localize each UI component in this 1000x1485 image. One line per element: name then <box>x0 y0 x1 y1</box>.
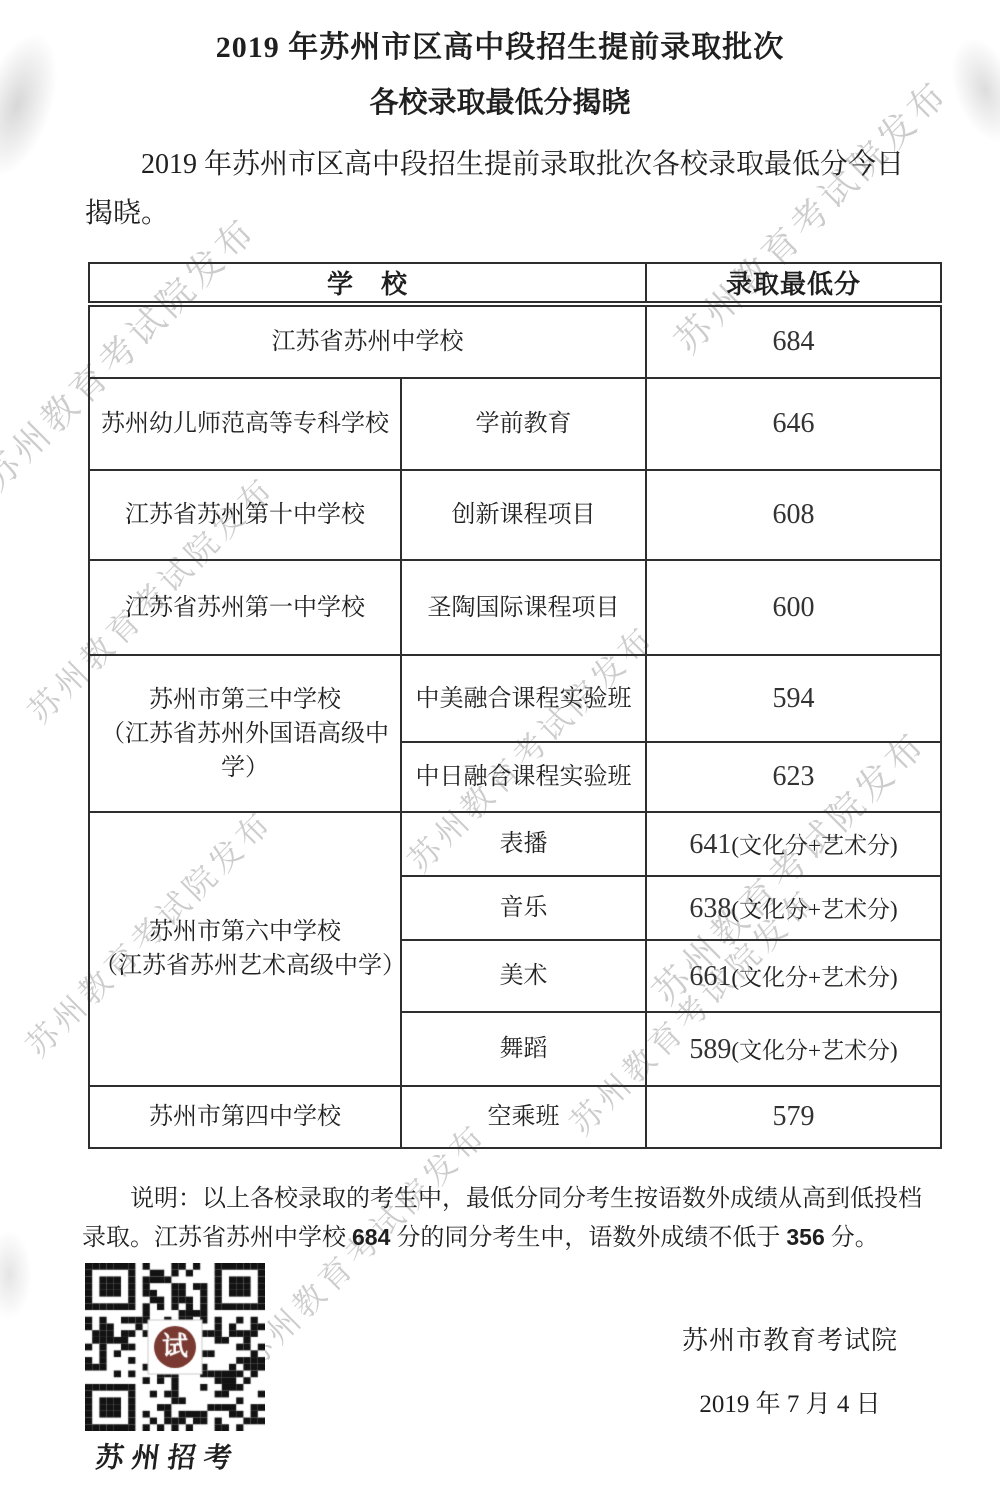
qr-caption: 苏州招考 <box>76 1436 261 1476</box>
table-header-row: 学 校 录取最低分 <box>89 263 941 304</box>
note-text: 分。 <box>825 1225 879 1251</box>
table-header-score: 录取最低分 <box>646 263 941 304</box>
score-cell: 589(文化分+艺术分) <box>646 1012 941 1086</box>
table-row: 苏州幼儿师范高等专科学校 学前教育 646 <box>89 378 941 470</box>
score-cell: 579 <box>646 1086 941 1148</box>
table-row: 苏州市第四中学校 空乘班 579 <box>89 1086 941 1148</box>
program-cell: 空乘班 <box>401 1086 646 1148</box>
program-cell: 中美融合课程实验班 <box>401 655 646 742</box>
score-suffix: (文化分+艺术分) <box>731 965 897 990</box>
table-row: 江苏省苏州第十中学校 创新课程项目 608 <box>89 470 941 560</box>
table-row: 苏州市第三中学校 （江苏省苏州外国语高级中学） 中美融合课程实验班 594 <box>89 655 941 742</box>
note-bold-score: 356 <box>786 1224 824 1250</box>
school-cell: 苏州幼儿师范高等专科学校 <box>89 378 401 470</box>
intro-line-1: 2019 年苏州市区高中段招生提前录取批次各校录取最低分今日 <box>85 140 917 189</box>
scores-table: 学 校 录取最低分 江苏省苏州中学校 684 苏州幼儿师范高等专科学校 学前教育… <box>88 262 942 1149</box>
table-row: 江苏省苏州第一中学校 圣陶国际课程项目 600 <box>89 560 941 655</box>
score-suffix: (文化分+艺术分) <box>731 833 897 858</box>
qr-code <box>85 1263 265 1431</box>
score-suffix: (文化分+艺术分) <box>731 897 897 922</box>
note-text: 分的同分考生中，语数外成绩不低于 <box>390 1225 786 1251</box>
score-cell: 661(文化分+艺术分) <box>646 940 941 1012</box>
intro-paragraph: 2019 年苏州市区高中段招生提前录取批次各校录取最低分今日 揭晓。 <box>85 140 917 238</box>
table-row: 苏州市第六中学校 （江苏省苏州艺术高级中学） 表播 641(文化分+艺术分) <box>89 812 941 876</box>
program-cell: 音乐 <box>401 876 646 940</box>
table-header-school: 学 校 <box>89 263 646 304</box>
scan-artifact <box>0 1230 32 1320</box>
school-cell: 苏州市第三中学校 （江苏省苏州外国语高级中学） <box>89 655 401 812</box>
score-value: 641 <box>689 829 731 860</box>
program-cell: 舞蹈 <box>401 1012 646 1086</box>
school-cell: 苏州市第六中学校 （江苏省苏州艺术高级中学） <box>89 812 401 1086</box>
page-root: 苏州教育考试院发布 苏州教育考试院发布 苏州教育考试院发布 苏州教育考试院发布 … <box>0 0 1000 1485</box>
date-signature: 2019 年 7 月 4 日 <box>640 1384 940 1420</box>
note-line-1: 说明：以上各校录取的考生中，最低分同分考生按语数外成绩从高到低投档 <box>82 1180 934 1218</box>
school-cell: 苏州市第四中学校 <box>89 1086 401 1148</box>
program-cell: 美术 <box>401 940 646 1012</box>
program-cell: 学前教育 <box>401 378 646 470</box>
score-value: 638 <box>689 893 731 924</box>
program-cell: 圣陶国际课程项目 <box>401 560 646 655</box>
school-alt-name: （江苏省苏州艺术高级中学） <box>94 949 396 983</box>
score-value: 589 <box>689 1034 731 1065</box>
school-name: 苏州市第三中学校 <box>94 683 396 717</box>
score-value: 661 <box>689 961 731 992</box>
program-cell: 表播 <box>401 812 646 876</box>
score-cell: 594 <box>646 655 941 742</box>
school-cell: 江苏省苏州第一中学校 <box>89 560 401 655</box>
note-bold-score: 684 <box>352 1224 390 1250</box>
school-cell: 江苏省苏州第十中学校 <box>89 470 401 560</box>
score-cell: 646 <box>646 378 941 470</box>
score-cell: 600 <box>646 560 941 655</box>
score-suffix: (文化分+艺术分) <box>731 1038 897 1063</box>
table-row: 江苏省苏州中学校 684 <box>89 304 941 378</box>
score-cell: 641(文化分+艺术分) <box>646 812 941 876</box>
score-cell: 638(文化分+艺术分) <box>646 876 941 940</box>
note-paragraph: 说明：以上各校录取的考生中，最低分同分考生按语数外成绩从高到低投档 录取。江苏省… <box>82 1180 934 1257</box>
score-cell: 684 <box>646 304 941 378</box>
note-line-2: 录取。江苏省苏州中学校 684 分的同分考生中，语数外成绩不低于 356 分。 <box>82 1218 934 1257</box>
intro-line-2: 揭晓。 <box>85 189 917 238</box>
sub-title: 各校录取最低分揭晓 <box>0 80 1000 121</box>
school-name: 苏州市第六中学校 <box>94 915 396 949</box>
scores-table-wrap: 学 校 录取最低分 江苏省苏州中学校 684 苏州幼儿师范高等专科学校 学前教育… <box>88 262 942 1149</box>
org-signature: 苏州市教育考试院 <box>640 1320 940 1357</box>
score-cell: 608 <box>646 470 941 560</box>
school-alt-name: （江苏省苏州外国语高级中学） <box>94 717 396 785</box>
score-cell: 623 <box>646 742 941 812</box>
main-title: 2019 年苏州市区高中段招生提前录取批次 <box>0 22 1000 66</box>
program-cell: 中日融合课程实验班 <box>401 742 646 812</box>
program-cell: 创新课程项目 <box>401 470 646 560</box>
school-cell: 江苏省苏州中学校 <box>89 304 646 378</box>
note-text: 录取。江苏省苏州中学校 <box>82 1225 352 1251</box>
